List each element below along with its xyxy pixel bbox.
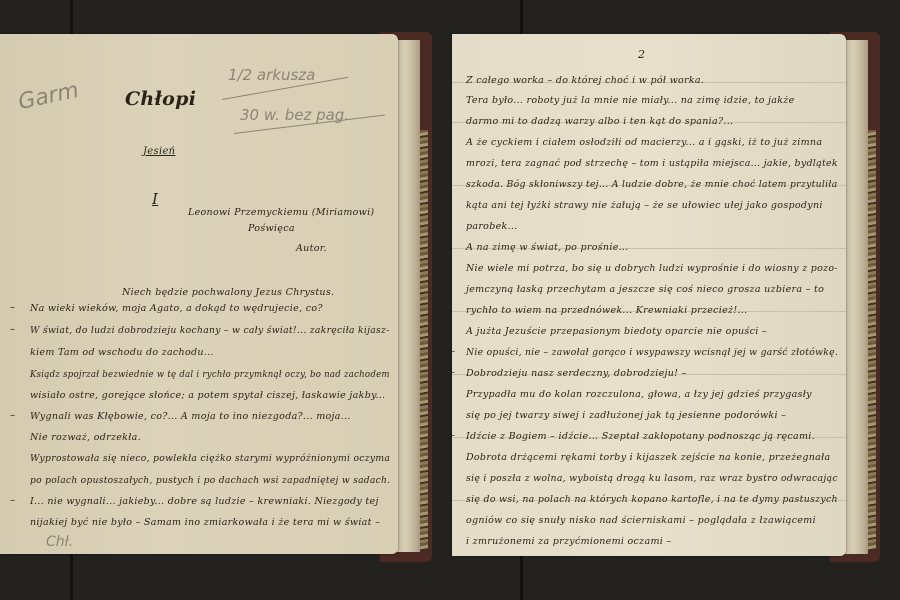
- text-line: A że cyckiem i ciałem osłodziłi od macie…: [466, 134, 822, 152]
- text-line: szkoda. Bóg skłoniwszy tej... A ludzie d…: [466, 176, 838, 194]
- text-line: się po jej twarzy siwej i zadłużonej jak…: [466, 407, 786, 425]
- text-line: wisiało ostre, gorejące słońce; a potem …: [30, 387, 385, 405]
- page-block-edge: [396, 40, 420, 552]
- text-line: parobek...: [466, 218, 518, 236]
- manuscript-page-left: Garm Chłopi 1/2 arkusza 30 w. bez pag. J…: [0, 34, 398, 554]
- text-line: mrozi, tera zagnać pod strzechę – tom i …: [466, 155, 838, 173]
- text-line: Dobrota drżącemi rękami torby i kijaszek…: [466, 449, 830, 467]
- dialogue-dash: –: [450, 367, 455, 378]
- text-line: darmo mi to dadzą warzy albo i ten kąt d…: [466, 113, 733, 131]
- text-line: rychło to wiem na przednówek... Krewniak…: [466, 302, 747, 320]
- marbled-edge: [420, 130, 428, 550]
- dialogue-dash: –: [450, 430, 455, 441]
- right-manuscript-scan: 2 Z całego worka – do której choć i w pó…: [450, 0, 900, 600]
- manuscript-page-right: 2 Z całego worka – do której choć i w pó…: [452, 34, 846, 556]
- text-line: nijakiej być nie było – Samam ino zmiark…: [30, 514, 380, 532]
- dialogue-dash: –: [10, 324, 15, 335]
- text-line: Tera było... roboty już la mnie nie miał…: [466, 92, 795, 110]
- dedication-line: Poświęca: [248, 220, 295, 238]
- text-line: Idźcie z Bogiem – idźcie... Szeptał zakł…: [466, 428, 815, 446]
- dialogue-dash: –: [10, 410, 15, 421]
- dialogue-dash: –: [10, 302, 15, 313]
- text-line: Ksiądz spojrzał bezwiednie w tę dal i ry…: [30, 366, 390, 384]
- page-number: 2: [638, 48, 645, 61]
- dialogue-dash: –: [10, 495, 15, 506]
- pencil-note-sheet: 1/2 arkusza: [228, 66, 315, 84]
- text-line: się do wsi, na polach na których kopano …: [466, 491, 838, 509]
- text-line: ogniów co się snuły nisko nad ścierniska…: [466, 512, 816, 530]
- text-line: i zmrużonemi za przyćmionemi oczami –: [466, 533, 671, 551]
- text-line: się i poszła z wolna, wyboistą drogą ku …: [466, 470, 838, 488]
- text-line: Z całego worka – do której choć i w pół …: [466, 72, 704, 90]
- text-line: Nie opuści, nie – zawołał gorąco i wsypa…: [466, 344, 838, 362]
- text-line: I... nie wygnali... jakieby... dobre są …: [30, 493, 379, 511]
- text-line: Nie rozważ, odrzekła.: [30, 429, 141, 447]
- text-line: Nie wiele mi potrza, bo się u dobrych lu…: [466, 260, 838, 278]
- text-line: Wygnali was Kłębowie, co?... A moja to i…: [30, 408, 351, 426]
- pencil-signature: Chł.: [46, 534, 73, 550]
- text-line: Wyprostowała się nieco, powlekła ciężko …: [30, 450, 390, 468]
- text-line: jemczyną łaską przechytam a jeszcze się …: [466, 281, 824, 299]
- text-line: W świat, do ludzi dobrodzieju kochany – …: [30, 322, 390, 340]
- manuscript-title: Chłopi: [125, 88, 196, 110]
- text-line: Przypadła mu do kolan rozczulona, głowa,…: [466, 386, 812, 404]
- text-line: A na zimę w świat, po prośnie...: [466, 239, 629, 257]
- marbled-edge: [868, 130, 876, 550]
- text-line: kąta ani tej łyżki strawy nie żałują – ż…: [466, 197, 823, 215]
- text-line: po polach opustoszałych, pustych i po da…: [30, 472, 390, 490]
- text-line: Na wieki wieków, moja Agato, a dokąd to …: [30, 300, 323, 318]
- chapter-number: I: [152, 190, 158, 208]
- text-line: A jużta Jezuście przepasionym biedoty op…: [466, 323, 767, 341]
- part-title: Jesień: [143, 146, 175, 157]
- left-manuscript-scan: Garm Chłopi 1/2 arkusza 30 w. bez pag. J…: [0, 0, 440, 600]
- text-line: kiem Tam od wschodu do zachodu...: [30, 344, 214, 362]
- page-block-edge: [844, 40, 868, 554]
- pencil-note-garm: Garm: [16, 78, 81, 115]
- dialogue-dash: –: [450, 346, 455, 357]
- text-line: Dobrodzieju nasz serdeczny, dobrodzieju!…: [466, 365, 687, 383]
- dedication-line: Autor.: [296, 240, 327, 258]
